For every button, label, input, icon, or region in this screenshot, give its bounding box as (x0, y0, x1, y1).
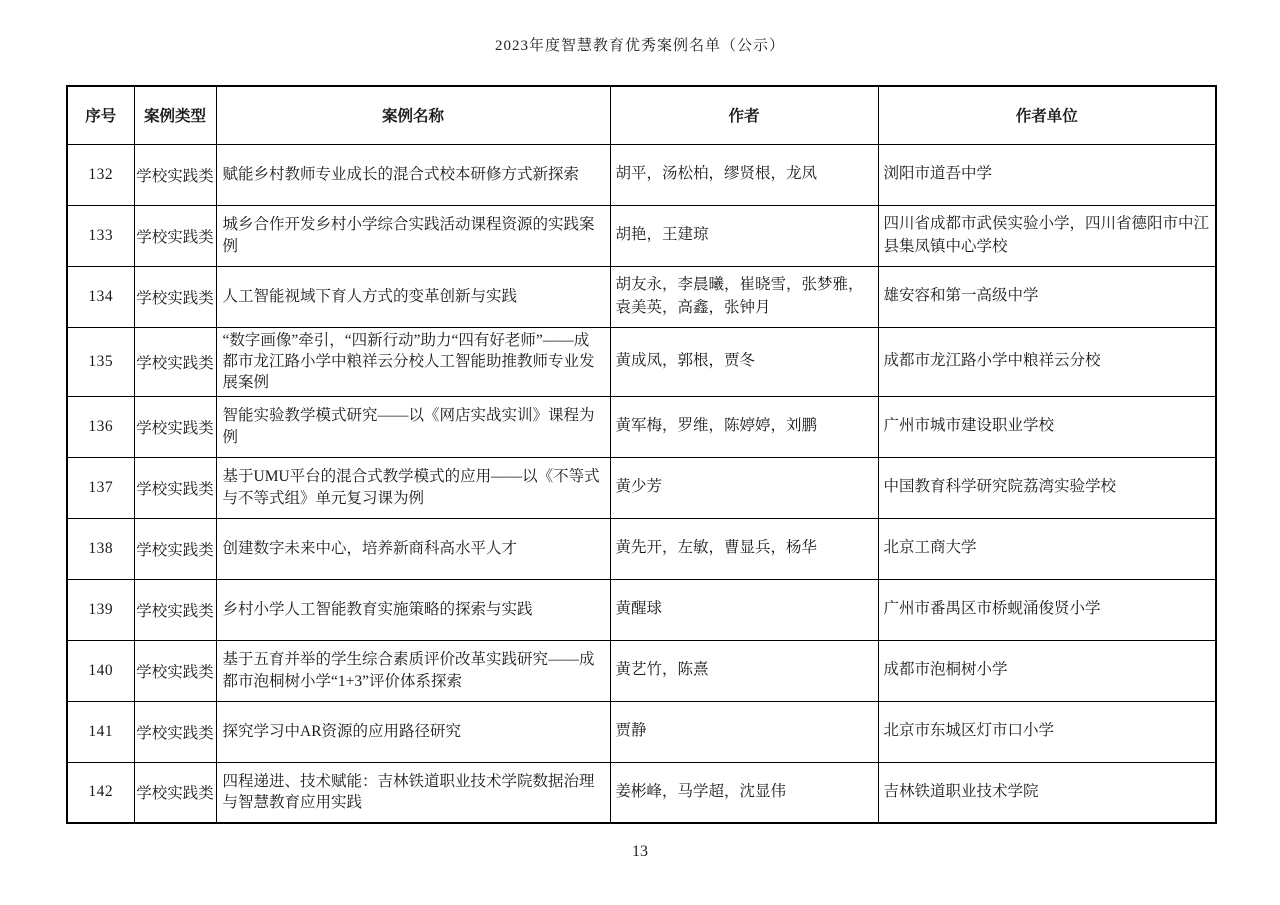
cell-authors: 贾静 (610, 701, 878, 762)
col-header-org: 作者单位 (878, 86, 1216, 144)
cell-case-type: 学校实践类 (134, 640, 216, 701)
cell-author-org: 四川省成都市武侯实验小学，四川省德阳市中江县集凤镇中心学校 (878, 205, 1216, 266)
table-row: 141 学校实践类 探究学习中AR资源的应用路径研究 贾静 北京市东城区灯市口小… (67, 701, 1216, 762)
table-row: 136 学校实践类 智能实验教学模式研究——以《网店实战实训》课程为例 黄军梅，… (67, 396, 1216, 457)
cell-authors: 胡艳，王建琼 (610, 205, 878, 266)
cases-table: 序号 案例类型 案例名称 作者 作者单位 132 学校实践类 赋能乡村教师专业成… (66, 85, 1217, 824)
table-row: 140 学校实践类 基于五育并举的学生综合素质评价改革实践研究——成都市泡桐树小… (67, 640, 1216, 701)
cell-case-type: 学校实践类 (134, 762, 216, 823)
cell-case-name: 赋能乡村教师专业成长的混合式校本研修方式新探索 (216, 144, 610, 205)
table-row: 134 学校实践类 人工智能视域下育人方式的变革创新与实践 胡友永，李晨曦，崔晓… (67, 266, 1216, 327)
cell-author-org: 雄安容和第一高级中学 (878, 266, 1216, 327)
cell-case-name: 人工智能视域下育人方式的变革创新与实践 (216, 266, 610, 327)
cell-case-name: 城乡合作开发乡村小学综合实践活动课程资源的实践案例 (216, 205, 610, 266)
col-header-no: 序号 (67, 86, 134, 144)
cell-case-name: 基于五育并举的学生综合素质评价改革实践研究——成都市泡桐树小学“1+3”评价体系… (216, 640, 610, 701)
cell-case-name: 创建数字未来中心，培养新商科高水平人才 (216, 518, 610, 579)
cell-serial-number: 141 (67, 701, 134, 762)
cell-serial-number: 138 (67, 518, 134, 579)
col-header-authors: 作者 (610, 86, 878, 144)
page-number: 13 (0, 843, 1280, 861)
cell-case-name: 四程递进、技术赋能：吉林铁道职业技术学院数据治理与智慧教育应用实践 (216, 762, 610, 823)
cell-authors: 黄少芳 (610, 457, 878, 518)
table-row: 138 学校实践类 创建数字未来中心，培养新商科高水平人才 黄先开，左敏，曹显兵… (67, 518, 1216, 579)
cell-author-org: 北京工商大学 (878, 518, 1216, 579)
cell-case-type: 学校实践类 (134, 327, 216, 396)
cell-author-org: 吉林铁道职业技术学院 (878, 762, 1216, 823)
cell-serial-number: 133 (67, 205, 134, 266)
table-row: 142 学校实践类 四程递进、技术赋能：吉林铁道职业技术学院数据治理与智慧教育应… (67, 762, 1216, 823)
header-row: 序号 案例类型 案例名称 作者 作者单位 (67, 86, 1216, 144)
cell-serial-number: 134 (67, 266, 134, 327)
cell-case-name: 乡村小学人工智能教育实施策略的探索与实践 (216, 579, 610, 640)
cell-case-type: 学校实践类 (134, 266, 216, 327)
table-row: 133 学校实践类 城乡合作开发乡村小学综合实践活动课程资源的实践案例 胡艳，王… (67, 205, 1216, 266)
cell-authors: 黄先开，左敏，曹显兵，杨华 (610, 518, 878, 579)
cell-case-type: 学校实践类 (134, 518, 216, 579)
cell-case-type: 学校实践类 (134, 144, 216, 205)
cell-authors: 黄艺竹，陈熹 (610, 640, 878, 701)
page-title: 2023年度智慧教育优秀案例名单（公示） (0, 34, 1280, 55)
cell-serial-number: 142 (67, 762, 134, 823)
table-header: 序号 案例类型 案例名称 作者 作者单位 (67, 86, 1216, 144)
cell-author-org: 广州市城市建设职业学校 (878, 396, 1216, 457)
cell-case-type: 学校实践类 (134, 701, 216, 762)
cell-case-type: 学校实践类 (134, 396, 216, 457)
table-row: 135 学校实践类 “数字画像”牵引，“四新行动”助力“四有好老师”——成都市龙… (67, 327, 1216, 396)
cell-serial-number: 140 (67, 640, 134, 701)
cell-case-name: “数字画像”牵引，“四新行动”助力“四有好老师”——成都市龙江路小学中粮祥云分校… (216, 327, 610, 396)
cell-authors: 胡平，汤松柏，缪贤根，龙凤 (610, 144, 878, 205)
table-row: 137 学校实践类 基于UMU平台的混合式教学模式的应用——以《不等式与不等式组… (67, 457, 1216, 518)
cell-serial-number: 137 (67, 457, 134, 518)
table-body: 132 学校实践类 赋能乡村教师专业成长的混合式校本研修方式新探索 胡平，汤松柏… (67, 144, 1216, 823)
cell-serial-number: 135 (67, 327, 134, 396)
table-row: 132 学校实践类 赋能乡村教师专业成长的混合式校本研修方式新探索 胡平，汤松柏… (67, 144, 1216, 205)
cell-authors: 黄成凤，郭根，贾冬 (610, 327, 878, 396)
table-row: 139 学校实践类 乡村小学人工智能教育实施策略的探索与实践 黄醒球 广州市番禺… (67, 579, 1216, 640)
cell-author-org: 北京市东城区灯市口小学 (878, 701, 1216, 762)
cell-serial-number: 132 (67, 144, 134, 205)
cell-case-name: 探究学习中AR资源的应用路径研究 (216, 701, 610, 762)
cell-author-org: 成都市龙江路小学中粮祥云分校 (878, 327, 1216, 396)
document-page: 2023年度智慧教育优秀案例名单（公示） 序号 案例类型 案例名称 作者 作者单… (0, 0, 1280, 905)
cell-author-org: 成都市泡桐树小学 (878, 640, 1216, 701)
cell-authors: 黄醒球 (610, 579, 878, 640)
cell-serial-number: 139 (67, 579, 134, 640)
cell-authors: 姜彬峰，马学超，沈显伟 (610, 762, 878, 823)
cell-author-org: 浏阳市道吾中学 (878, 144, 1216, 205)
cell-case-name: 智能实验教学模式研究——以《网店实战实训》课程为例 (216, 396, 610, 457)
col-header-name: 案例名称 (216, 86, 610, 144)
cell-case-type: 学校实践类 (134, 457, 216, 518)
cell-author-org: 广州市番禺区市桥蚬涌俊贤小学 (878, 579, 1216, 640)
cell-case-name: 基于UMU平台的混合式教学模式的应用——以《不等式与不等式组》单元复习课为例 (216, 457, 610, 518)
cell-case-type: 学校实践类 (134, 579, 216, 640)
cell-author-org: 中国教育科学研究院荔湾实验学校 (878, 457, 1216, 518)
cell-case-type: 学校实践类 (134, 205, 216, 266)
cell-authors: 黄军梅，罗维，陈婷婷，刘鹏 (610, 396, 878, 457)
cell-authors: 胡友永，李晨曦，崔晓雪，张梦雅，袁美英，高鑫，张钟月 (610, 266, 878, 327)
col-header-type: 案例类型 (134, 86, 216, 144)
cell-serial-number: 136 (67, 396, 134, 457)
